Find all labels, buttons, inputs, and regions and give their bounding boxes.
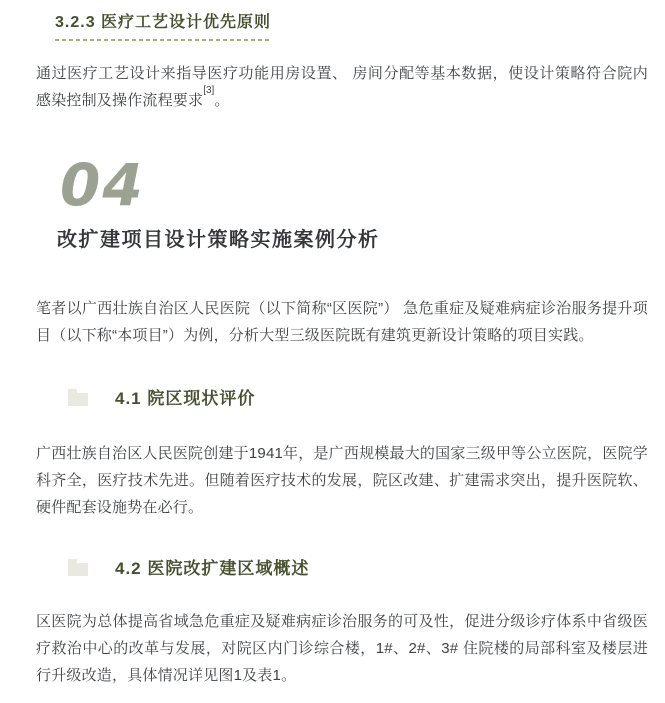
- section-323-heading: 3.2.3 医疗工艺设计优先原则: [55, 12, 271, 41]
- paragraph-process-design: 通过医疗工艺设计来指导医疗功能用房设置、 房间分配等基本数据，使设计策略符合院内…: [36, 60, 648, 114]
- chapter-intro-paragraph: 笔者以广西壮族自治区人民医院（以下简称“区医院”） 急危重症及疑难病症诊治服务提…: [36, 295, 648, 349]
- subsection-42-heading: 4.2 医院改扩建区域概述: [115, 557, 309, 581]
- folder-icon: [68, 563, 88, 576]
- subsection-42-paragraph: 区医院为总体提高省域急危重症及疑难病症诊治服务的可及性，促进分级诊疗体系中省级医…: [36, 608, 648, 689]
- subsection-41-row: 4.1 院区现状评价: [68, 387, 648, 411]
- paragraph-process-design-text: 通过医疗工艺设计来指导医疗功能用房设置、 房间分配等基本数据，使设计策略符合院内…: [36, 65, 648, 109]
- citation-ref-3: [3]: [203, 85, 214, 96]
- chapter-title: 改扩建项目设计策略实施案例分析: [57, 226, 648, 254]
- dashed-underline: [55, 39, 271, 41]
- subsection-41-paragraph: 广西壮族自治区人民医院创建于1941年，是广西规模最大的国家三级甲等公立医院，医…: [36, 440, 648, 521]
- paragraph-process-design-end: 。: [214, 92, 229, 109]
- chapter-number: 04: [60, 156, 648, 214]
- section-323-heading-text: 3.2.3 医疗工艺设计优先原则: [55, 14, 271, 31]
- folder-icon: [68, 393, 88, 406]
- subsection-42-row: 4.2 医院改扩建区域概述: [68, 557, 648, 581]
- subsection-41-heading: 4.1 院区现状评价: [115, 387, 255, 411]
- article-page: 3.2.3 医疗工艺设计优先原则 通过医疗工艺设计来指导医疗功能用房设置、 房间…: [0, 0, 665, 703]
